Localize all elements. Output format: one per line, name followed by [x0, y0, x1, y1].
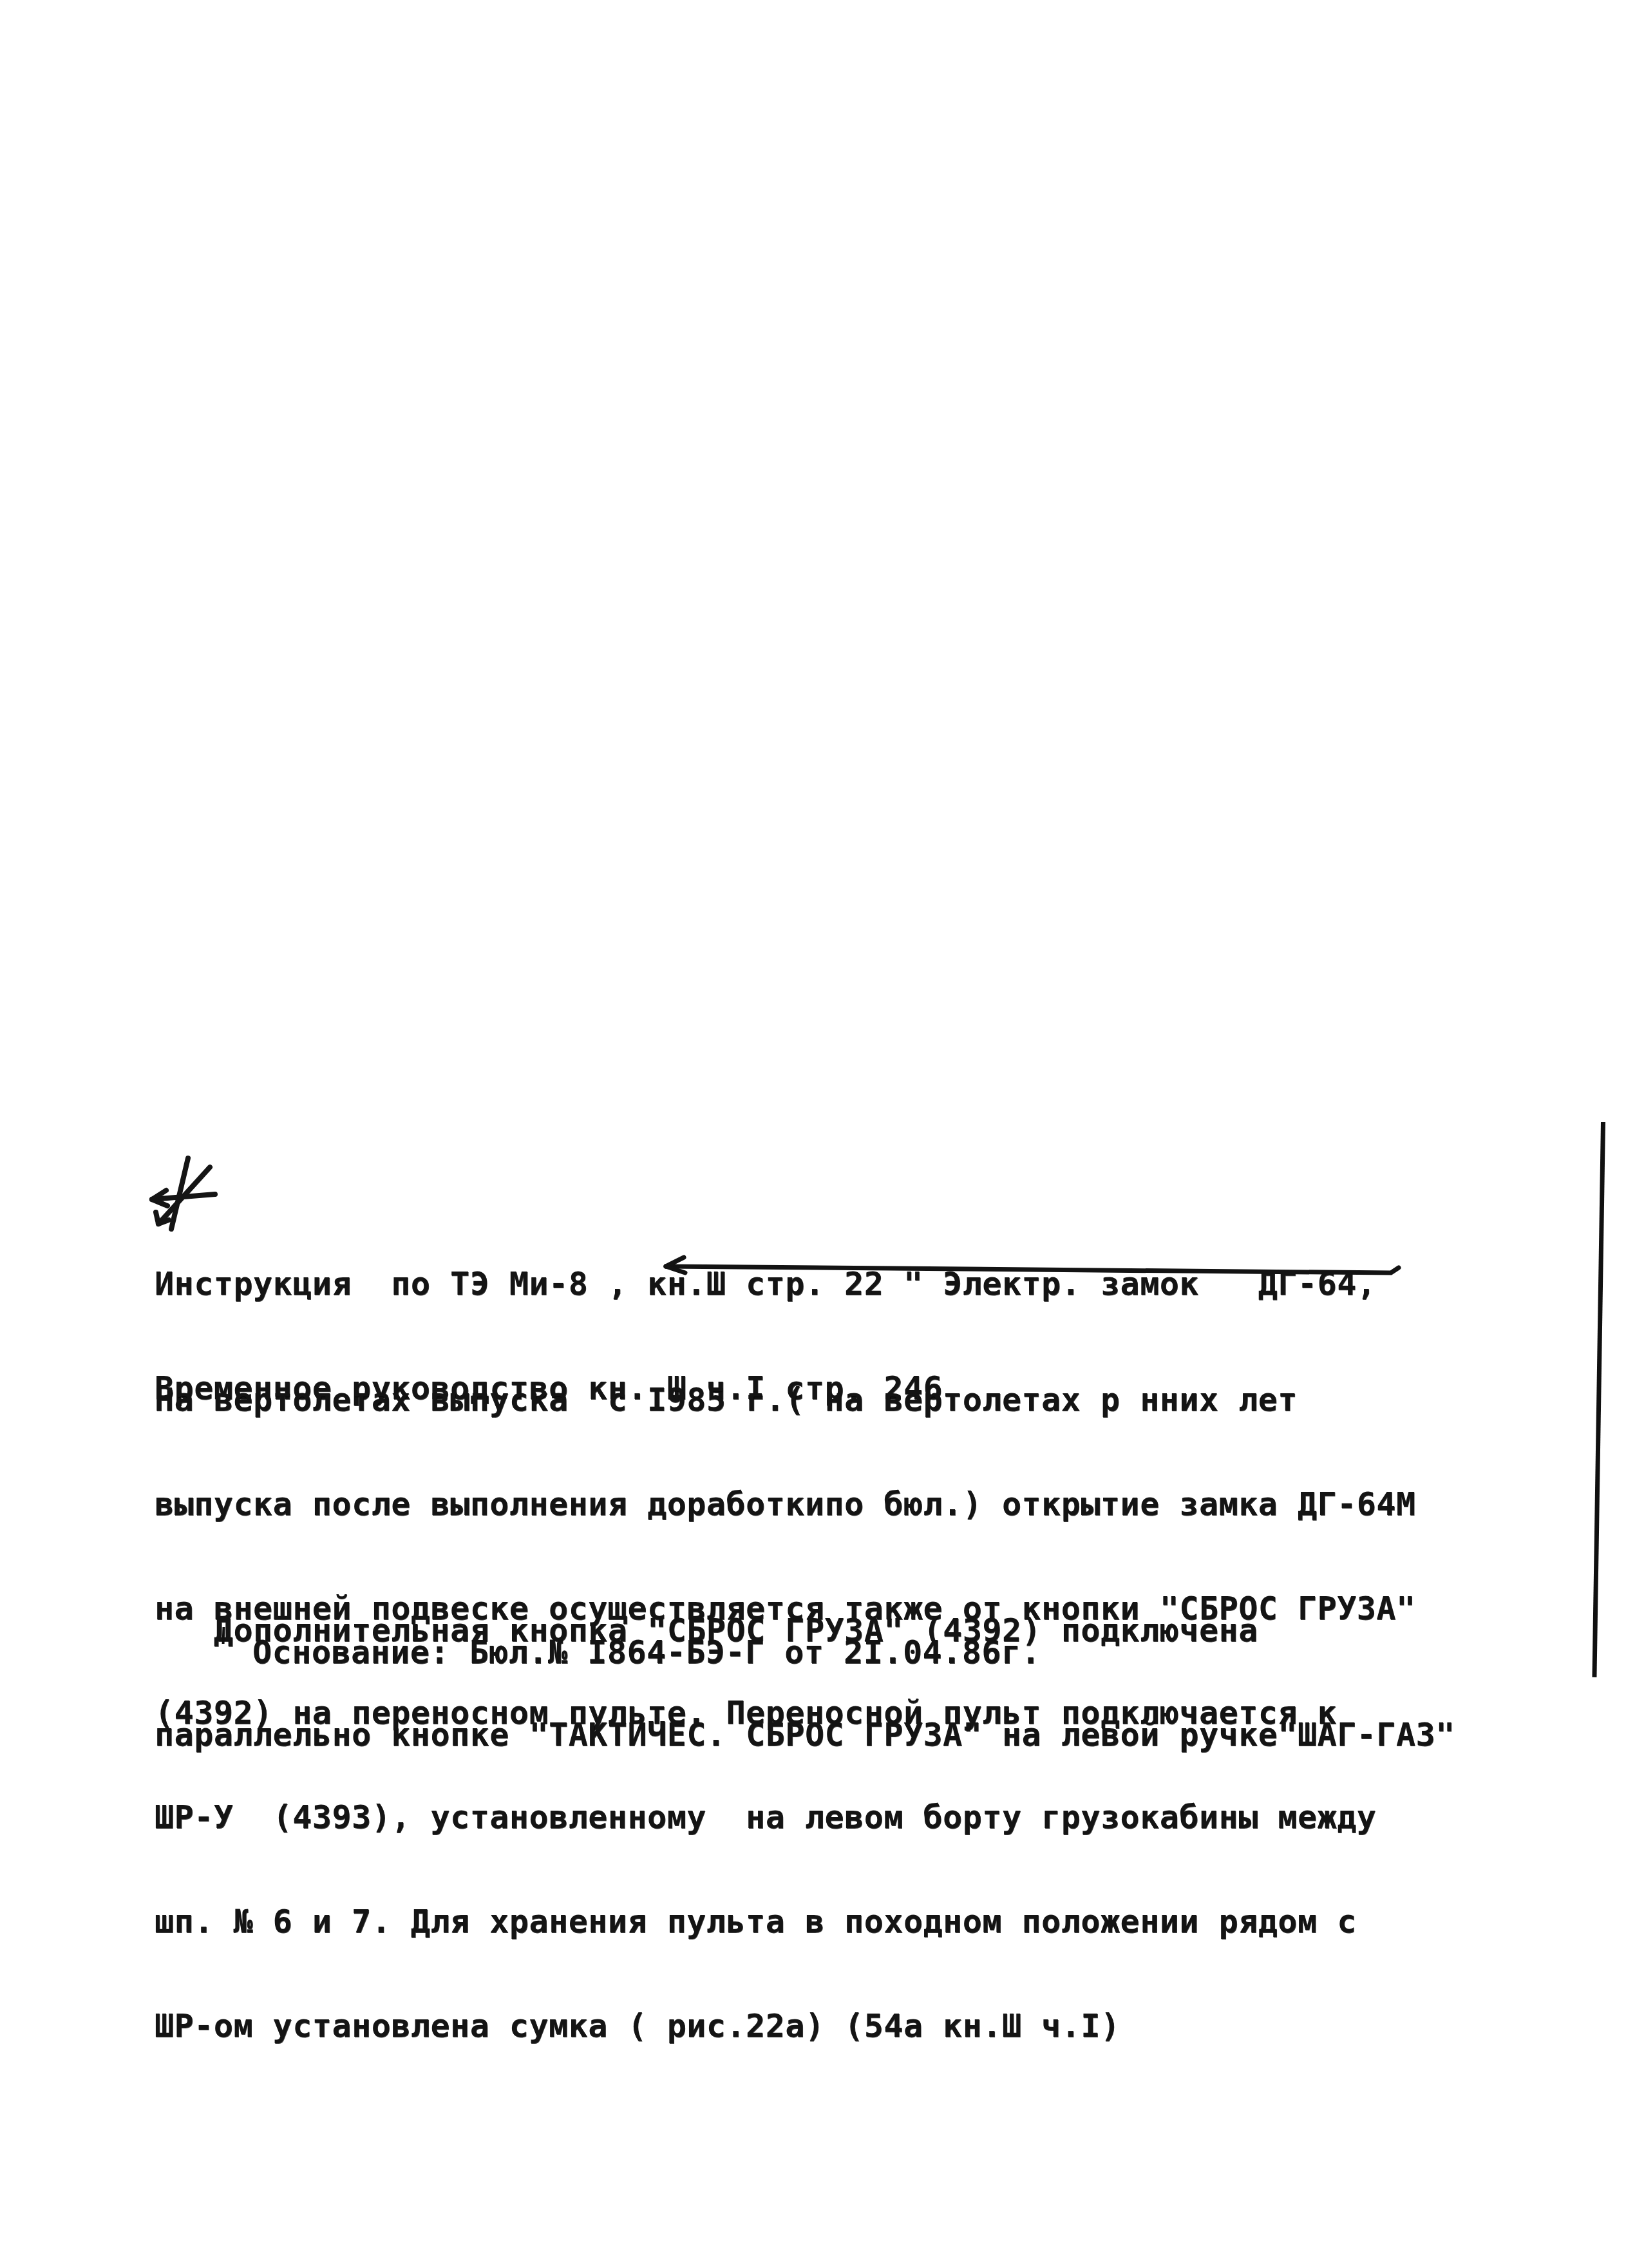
basis-line: Основание: Бюл.№ I864-БЭ-Г от 2I.04.86г. — [252, 1635, 1041, 1670]
paragraph-2: Дополнительная кнопка "СБРОС ГРУЗА" (439… — [155, 1543, 1455, 1822]
paragraph-line: ШР-ом установлена сумка ( рис.22а) (54а … — [155, 2008, 1416, 2043]
scanned-document-page: Инструкция по ТЭ Ми-8 , кн.Ш стр. 22 " Э… — [0, 0, 1626, 2268]
paragraph-line: На вертолетах выпуска с I985 г.( на верт… — [155, 1382, 1416, 1417]
heading-underline — [657, 1247, 1404, 1286]
paragraph-line: выпуска после выполнения доработкипо бюл… — [155, 1487, 1416, 1521]
paragraph-line: параллельно кнопке "ТАКТИЧЕС. СБРОС ГРУЗ… — [155, 1717, 1455, 1752]
right-margin-line — [1592, 1122, 1605, 1677]
paragraph-line: шп. № 6 и 7. Для хранения пульта в поход… — [155, 1904, 1416, 1939]
